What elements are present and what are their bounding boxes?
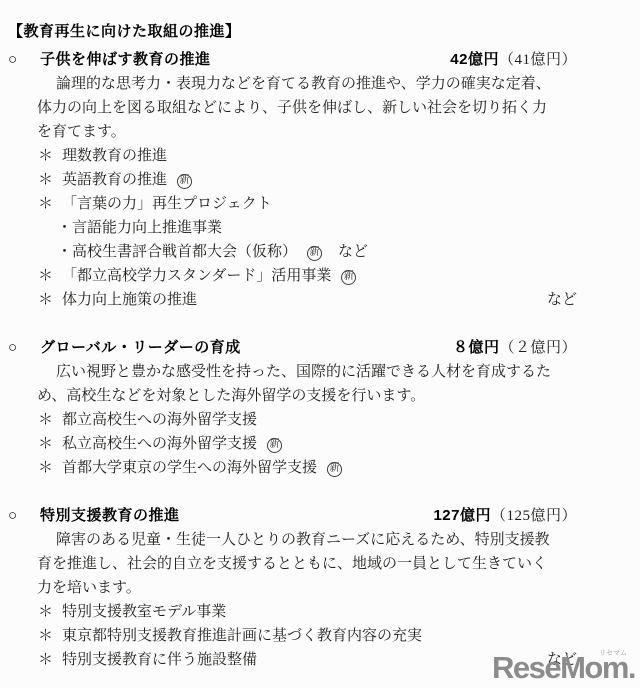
asterisk-marker-icon: ＊	[38, 456, 62, 480]
section-amount: 127億円	[433, 507, 491, 524]
page-title: 【教育再生に向けた取組の推進】	[8, 20, 577, 44]
sub-list-item: ・言語能力向上推進事業	[8, 216, 577, 240]
section-amount-wrap: ８億円（２億円）	[453, 336, 577, 360]
asterisk-marker-icon: ＊	[38, 624, 62, 648]
description-line: 論理的な思考力・表現力などを育てる教育の推進や、学力の確実な定着、	[37, 72, 577, 96]
asterisk-marker-icon: ＊	[38, 168, 62, 192]
section-amount-note: （２億円）	[499, 340, 577, 356]
sub-list-item: ・高校生書評合戦首都大会（仮称）新など	[8, 240, 577, 264]
item-label: 都立高校生への海外留学支援	[62, 412, 257, 428]
description-line: 障害のある児童・生徒一人ひとりの教育ニーズに応えるため、特別支援教	[37, 528, 577, 552]
asterisk-marker-icon: ＊	[38, 144, 62, 168]
resemom-logo: ReseMom. リセマム	[492, 653, 635, 683]
description-line: め、高校生などを対象とした海外留学の支援を行います。	[37, 384, 577, 408]
sections: ○ 子供を伸ばす教育の推進 42億円（41億円） 論理的な思考力・表現力などを育…	[8, 48, 577, 672]
list-item: ＊体力向上施策の推進など	[8, 288, 577, 312]
item-label: 私立高校生への海外留学支援	[62, 436, 257, 452]
section-amount-note: （41億円）	[499, 52, 577, 68]
section-amount: 42億円	[450, 51, 499, 68]
item-suffix: など	[338, 244, 368, 260]
list-item: ＊「言葉の力」再生プロジェクト	[8, 192, 577, 216]
asterisk-marker-icon: ＊	[38, 288, 62, 312]
asterisk-marker-icon: ＊	[38, 600, 62, 624]
description-line: 体力の向上を図る取組などにより、子供を伸ばし、新しい社会を切り拓く力	[37, 96, 577, 120]
item-list: ＊理数教育の推進 ＊英語教育の推進新 ＊「言葉の力」再生プロジェクト ・言語能力…	[8, 144, 577, 312]
new-badge-icon: 新	[267, 438, 282, 453]
asterisk-marker-icon: ＊	[38, 648, 62, 672]
list-item: ＊特別支援教室モデル事業	[8, 600, 577, 624]
asterisk-marker-icon: ＊	[38, 264, 62, 288]
circle-marker-icon: ○	[8, 504, 40, 528]
list-item: ＊「都立高校学力スタンダード」活用事業新	[8, 264, 577, 288]
item-label: 特別支援教室モデル事業	[62, 604, 226, 620]
new-badge-icon: 新	[341, 270, 356, 285]
description-line: 育を推進し、社会的自立を支援するとともに、地域の一員として生きていく	[37, 552, 577, 576]
description-line: 広い視野と豊かな感受性を持った、国際的に活躍できる人材を育成するた	[37, 360, 577, 384]
section-description: 広い視野と豊かな感受性を持った、国際的に活躍できる人材を育成するた め、高校生な…	[37, 360, 577, 408]
new-badge-icon: 新	[177, 174, 192, 189]
item-label: 英語教育の推進	[62, 172, 167, 188]
section-amount-note: （125億円）	[491, 508, 577, 524]
list-item: ＊都立高校生への海外留学支援	[8, 408, 577, 432]
document-page: 【教育再生に向けた取組の推進】 ○ 子供を伸ばす教育の推進 42億円（41億円）…	[0, 0, 640, 672]
dot-marker-icon: ・	[57, 240, 72, 264]
section-kodomo: ○ 子供を伸ばす教育の推進 42億円（41億円） 論理的な思考力・表現力などを育…	[8, 48, 577, 312]
item-label: 体力向上施策の推進	[62, 292, 197, 308]
section-amount: ８億円	[453, 339, 500, 356]
dot-marker-icon: ・	[57, 216, 72, 240]
section-title: 特別支援教育の推進	[40, 504, 180, 528]
item-label: 特別支援教育に伴う施設整備	[62, 652, 257, 668]
section-heading: ○ 子供を伸ばす教育の推進 42億円（41億円）	[8, 48, 577, 72]
new-badge-icon: 新	[307, 246, 322, 261]
description-line: を育てます。	[37, 120, 577, 144]
section-amount-wrap: 127億円（125億円）	[433, 504, 577, 528]
description-line: 力を培います。	[37, 576, 577, 600]
item-label: 「言葉の力」再生プロジェクト	[62, 196, 272, 212]
item-label: 高校生書評合戦首都大会（仮称）	[72, 244, 297, 260]
section-global-leader: ○ グローバル・リーダーの育成 ８億円（２億円） 広い視野と豊かな感受性を持った…	[8, 336, 577, 480]
list-item: ＊私立高校生への海外留学支援新	[8, 432, 577, 456]
asterisk-marker-icon: ＊	[38, 192, 62, 216]
item-label: 言語能力向上推進事業	[72, 220, 222, 236]
item-label: 首都大学東京の学生への海外留学支援	[62, 460, 317, 476]
list-item: ＊首都大学東京の学生への海外留学支援新	[8, 456, 577, 480]
section-description: 論理的な思考力・表現力などを育てる教育の推進や、学力の確実な定着、 体力の向上を…	[37, 72, 577, 144]
circle-marker-icon: ○	[8, 336, 40, 360]
item-label: 理数教育の推進	[62, 148, 167, 164]
list-item: ＊東京都特別支援教育推進計画に基づく教育内容の充実	[8, 624, 577, 648]
circle-marker-icon: ○	[8, 48, 40, 72]
asterisk-marker-icon: ＊	[38, 432, 62, 456]
section-title: 子供を伸ばす教育の推進	[40, 48, 211, 72]
item-label: 東京都特別支援教育推進計画に基づく教育内容の充実	[62, 628, 422, 644]
section-amount-wrap: 42億円（41億円）	[450, 48, 577, 72]
new-badge-icon: 新	[327, 462, 342, 477]
section-title: グローバル・リーダーの育成	[40, 336, 241, 360]
item-label: 「都立高校学力スタンダード」活用事業	[62, 268, 331, 284]
section-tokubetsu-shien: ○ 特別支援教育の推進 127億円（125億円） 障害のある児童・生徒一人ひとり…	[8, 504, 577, 672]
asterisk-marker-icon: ＊	[38, 408, 62, 432]
section-description: 障害のある児童・生徒一人ひとりの教育ニーズに応えるため、特別支援教 育を推進し、…	[37, 528, 577, 600]
item-trailing-note: など	[547, 288, 577, 312]
list-item: ＊英語教育の推進新	[8, 168, 577, 192]
item-list: ＊都立高校生への海外留学支援 ＊私立高校生への海外留学支援新 ＊首都大学東京の学…	[8, 408, 577, 480]
section-heading: ○ 特別支援教育の推進 127億円（125億円）	[8, 504, 577, 528]
section-heading: ○ グローバル・リーダーの育成 ８億円（２億円）	[8, 336, 577, 360]
logo-ruby-label: リセマム	[599, 650, 627, 657]
list-item: ＊理数教育の推進	[8, 144, 577, 168]
